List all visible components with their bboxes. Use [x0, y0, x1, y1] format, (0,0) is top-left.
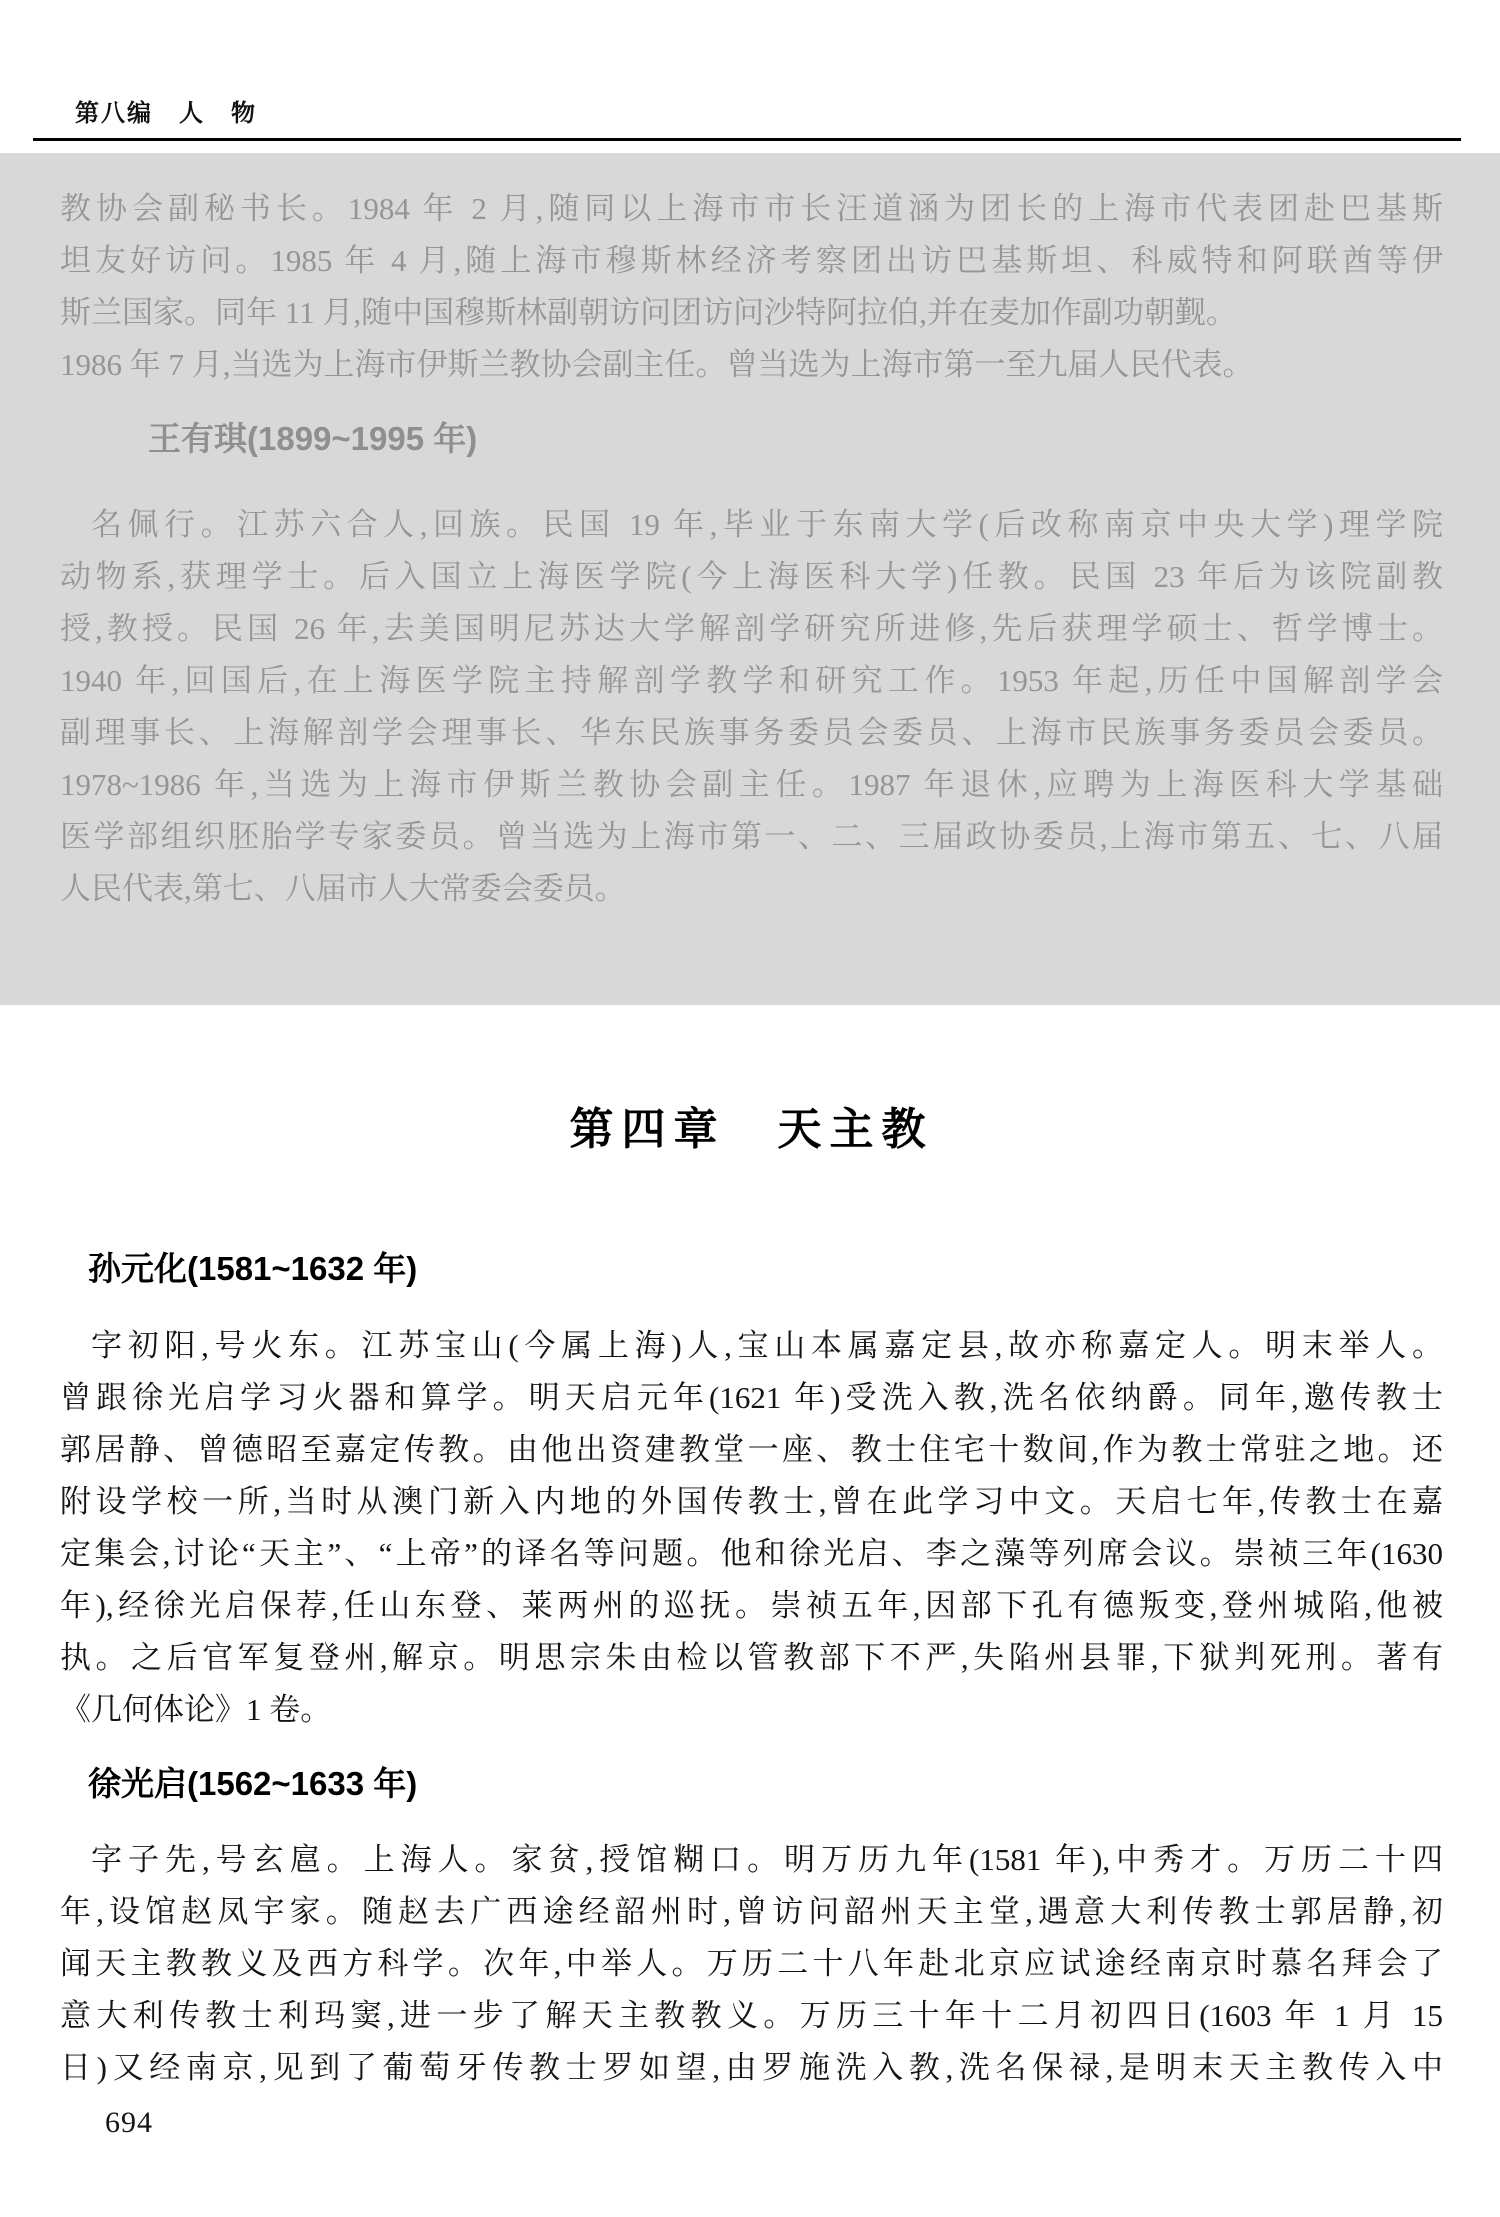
text-line: 名佩行。江苏六合人,回族。民国 19 年,毕业于东南大学(后改称南京中央大学)理…: [60, 499, 1443, 551]
biography-paragraph: 教协会副秘书长。1984 年 2 月,随同以上海市市长汪道涵为团长的上海市代表团…: [60, 183, 1443, 391]
text-line: 人民代表,第七、八届市人大常委会委员。: [60, 863, 1443, 915]
biography-paragraph: 字初阳,号火东。江苏宝山(今属上海)人,宝山本属嘉定县,故亦称嘉定人。明末举人。…: [60, 1320, 1443, 1736]
text-line: 1940 年,回国后,在上海医学院主持解剖学教学和研究工作。1953 年起,历任…: [60, 655, 1443, 707]
text-line: 教协会副秘书长。1984 年 2 月,随同以上海市市长汪道涵为团长的上海市代表团…: [60, 183, 1443, 235]
faded-scan-region: 教协会副秘书长。1984 年 2 月,随同以上海市市长汪道涵为团长的上海市代表团…: [0, 153, 1500, 1005]
running-head: 第八编 人 物: [75, 93, 257, 128]
text-line: 字子先,号玄扈。上海人。家贫,授馆糊口。明万历九年(1581 年),中秀才。万历…: [60, 1834, 1443, 1886]
text-line: 曾跟徐光启学习火器和算学。明天启元年(1621 年)受洗入教,洗名依纳爵。同年,…: [60, 1372, 1443, 1424]
text-line: 日)又经南京,见到了葡萄牙传教士罗如望,由罗施洗入教,洗名保禄,是明末天主教传入…: [60, 2042, 1443, 2094]
biography-heading-sun-yuanhua: 孙元化(1581~1632 年): [88, 1247, 1443, 1291]
text-line: 定集会,讨论“天主”、“上帝”的译名等问题。他和徐光启、李之藻等列席会议。崇祯三…: [60, 1528, 1443, 1580]
text-line: 附设学校一所,当时从澳门新入内地的外国传教士,曾在此学习中文。天启七年,传教士在…: [60, 1476, 1443, 1528]
biography-paragraph: 字子先,号玄扈。上海人。家贫,授馆糊口。明万历九年(1581 年),中秀才。万历…: [60, 1834, 1443, 2094]
text-line: 1986 年 7 月,当选为上海市伊斯兰教协会副主任。曾当选为上海市第一至九届人…: [60, 339, 1443, 391]
text-line: 坦友好访问。1985 年 4 月,随上海市穆斯林经济考察团出访巴基斯坦、科威特和…: [60, 235, 1443, 287]
text-line: 年,设馆赵凤宇家。随赵去广西途经韶州时,曾访问韶州天主堂,遇意大利传教士郭居静,…: [60, 1886, 1443, 1938]
text-line: 年),经徐光启保荐,任山东登、莱两州的巡抚。崇祯五年,因部下孔有德叛变,登州城陷…: [60, 1580, 1443, 1632]
text-line: 郭居静、曾德昭至嘉定传教。由他出资建教堂一座、教士住宅十数间,作为教士常驻之地。…: [60, 1424, 1443, 1476]
text-line: 字初阳,号火东。江苏宝山(今属上海)人,宝山本属嘉定县,故亦称嘉定人。明末举人。: [60, 1320, 1443, 1372]
text-line: 执。之后官军复登州,解京。明思宗朱由检以管教部下不严,失陷州县罪,下狱判死刑。著…: [60, 1632, 1443, 1684]
text-line: 《几何体论》1 卷。: [60, 1684, 1443, 1736]
text-line: 斯兰国家。同年 11 月,随中国穆斯林副朝访问团访问沙特阿拉伯,并在麦加作副功朝…: [60, 287, 1443, 339]
chapter-title: 第四章 天主教: [60, 1101, 1443, 1159]
text-line: 动物系,获理学士。后入国立上海医学院(今上海医科大学)任教。民国 23 年后为该…: [60, 551, 1443, 603]
text-line: 意大利传教士利玛窦,进一步了解天主教教义。万历三十年十二月初四日(1603 年 …: [60, 1990, 1443, 2042]
text-line: 医学部组织胚胎学专家委员。曾当选为上海市第一、二、三届政协委员,上海市第五、七、…: [60, 811, 1443, 863]
book-page: 第八编 人 物 教协会副秘书长。1984 年 2 月,随同以上海市市长汪道涵为团…: [0, 0, 1500, 2217]
text-line: 1978~1986 年,当选为上海市伊斯兰教协会副主任。1987 年退休,应聘为…: [60, 759, 1443, 811]
chapter-content: 第四章 天主教 孙元化(1581~1632 年) 字初阳,号火东。江苏宝山(今属…: [0, 1005, 1500, 2094]
page-number: 694: [105, 2106, 153, 2140]
text-line: 授,教授。民国 26 年,去美国明尼苏达大学解剖学研究所进修,先后获理学硕士、哲…: [60, 603, 1443, 655]
text-line: 闻天主教教义及西方科学。次年,中举人。万历二十八年赴北京应试途经南京时慕名拜会了: [60, 1938, 1443, 1990]
text-line: 副理事长、上海解剖学会理事长、华东民族事务委员会委员、上海市民族事务委员会委员。: [60, 707, 1443, 759]
header-rule: [33, 138, 1461, 141]
biography-heading-wang-youqi: 王有琪(1899~1995 年): [148, 417, 1443, 461]
biography-heading-xu-guangqi: 徐光启(1562~1633 年): [88, 1762, 1443, 1806]
biography-paragraph: 名佩行。江苏六合人,回族。民国 19 年,毕业于东南大学(后改称南京中央大学)理…: [60, 499, 1443, 915]
